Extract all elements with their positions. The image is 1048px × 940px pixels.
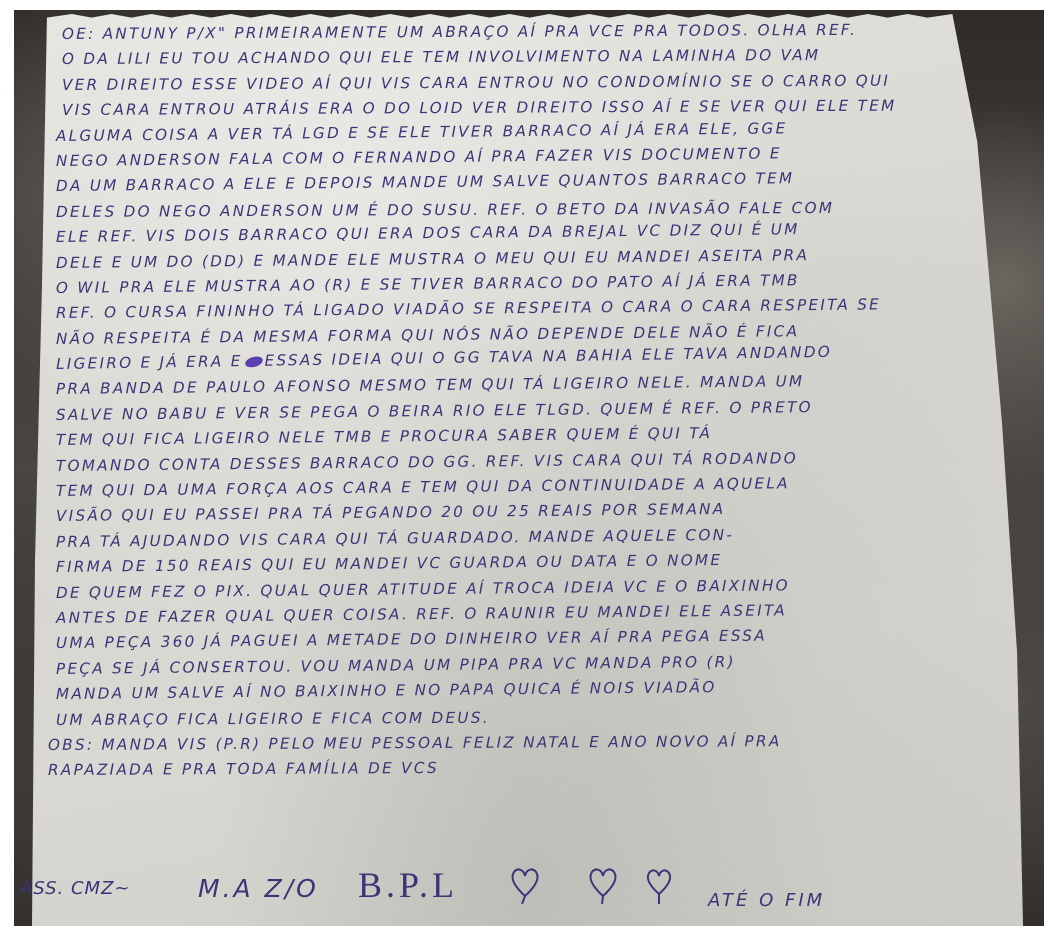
heart-icon xyxy=(642,866,676,906)
signature-prefix: ASS. CMZ~ xyxy=(20,878,130,899)
letter-body: OE: ANTUNY P/X" PRIMEIRAMENTE UM ABRAÇO … xyxy=(62,22,1032,784)
heart-icon xyxy=(508,866,542,906)
letter-line-obs: RAPAZIADA E PRA TODA FAMÍLIA DE VCS xyxy=(48,753,1032,784)
letter-line-part: LIGEIRO E JÁ ERA E xyxy=(56,352,243,373)
signature-name: M.A Z/O xyxy=(198,874,319,903)
signature-initials: B.P.L xyxy=(358,864,458,906)
letter-line-part: ESSAS IDEIA QUI O GG TAVA NA BAHIA ELE T… xyxy=(264,343,832,370)
ink-blot xyxy=(244,354,264,369)
heart-icon xyxy=(586,866,620,906)
signature-block: ASS. CMZ~ M.A Z/O B.P.L ATÉ O FIM xyxy=(20,858,980,918)
closing-text: ATÉ O FIM xyxy=(708,890,825,911)
